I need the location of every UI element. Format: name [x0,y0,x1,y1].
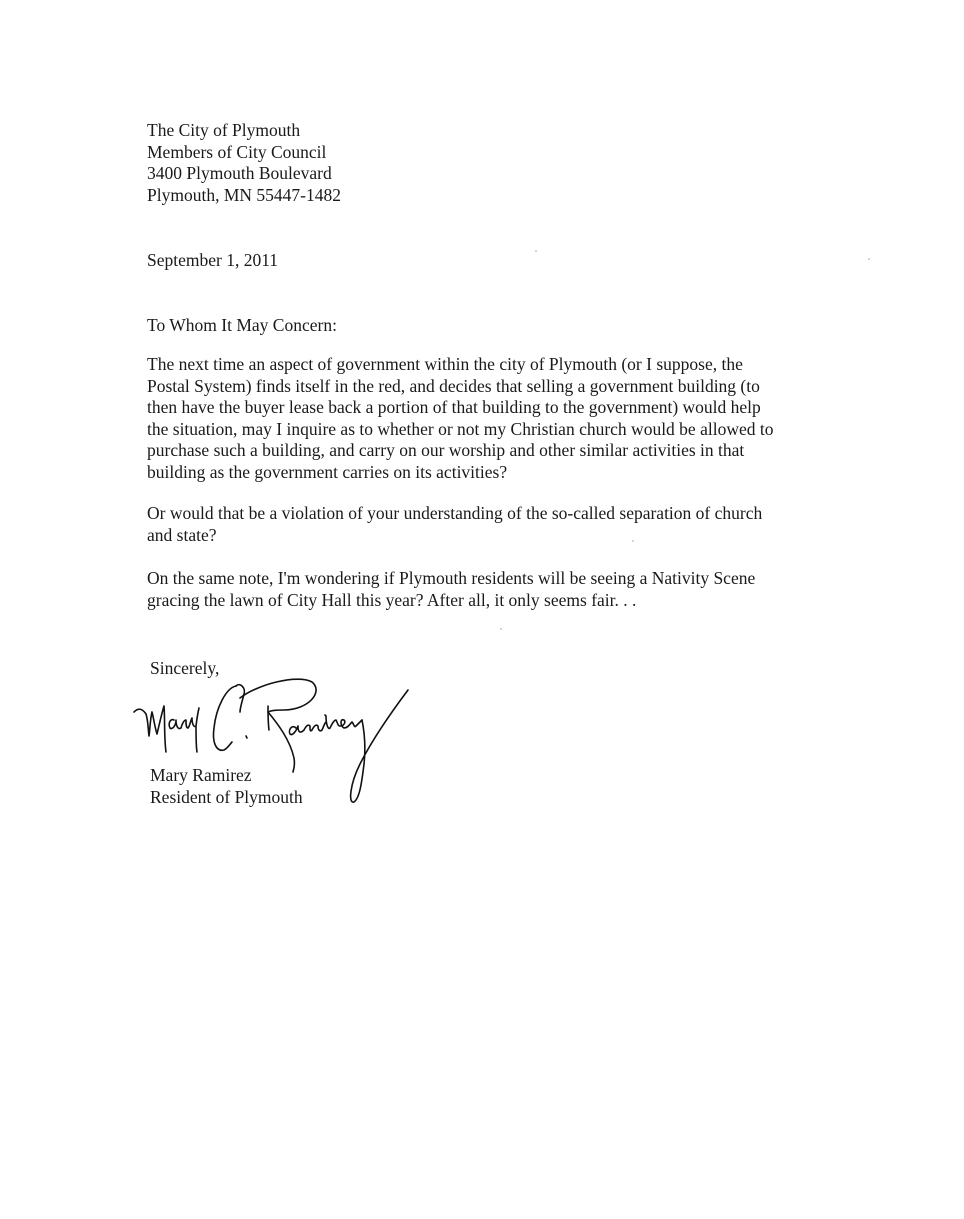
paragraph-line: On the same note, I'm wondering if Plymo… [147,568,755,590]
recipient-address: The City of Plymouth Members of City Cou… [147,120,341,206]
paragraph-line: then have the buyer lease back a portion… [147,397,773,419]
paragraph-line: and state? [147,525,762,547]
salutation: To Whom It May Concern: [147,315,337,337]
body-paragraph: Or would that be a violation of your und… [147,503,762,546]
signer-name: Mary Ramirez [150,765,303,787]
paragraph-line: The next time an aspect of government wi… [147,354,773,376]
scan-speck [500,628,502,630]
scan-speck [632,540,634,542]
signer-block: Mary Ramirez Resident of Plymouth [150,765,303,808]
scan-speck [868,258,870,260]
paragraph-line: the situation, may I inquire as to wheth… [147,419,773,441]
address-line: The City of Plymouth [147,120,341,142]
letter-page: The City of Plymouth Members of City Cou… [0,0,964,1219]
address-line: 3400 Plymouth Boulevard [147,163,341,185]
paragraph-line: purchase such a building, and carry on o… [147,440,773,462]
paragraph-line: Or would that be a violation of your und… [147,503,762,525]
address-line: Plymouth, MN 55447-1482 [147,185,341,207]
address-line: Members of City Council [147,142,341,164]
paragraph-line: building as the government carries on it… [147,462,773,484]
scan-speck [535,250,537,252]
body-paragraph: On the same note, I'm wondering if Plymo… [147,568,755,611]
paragraph-line: Postal System) finds itself in the red, … [147,376,773,398]
signer-title: Resident of Plymouth [150,787,303,809]
letter-date: September 1, 2011 [147,250,278,272]
body-paragraph: The next time an aspect of government wi… [147,354,773,483]
paragraph-line: gracing the lawn of City Hall this year?… [147,590,755,612]
